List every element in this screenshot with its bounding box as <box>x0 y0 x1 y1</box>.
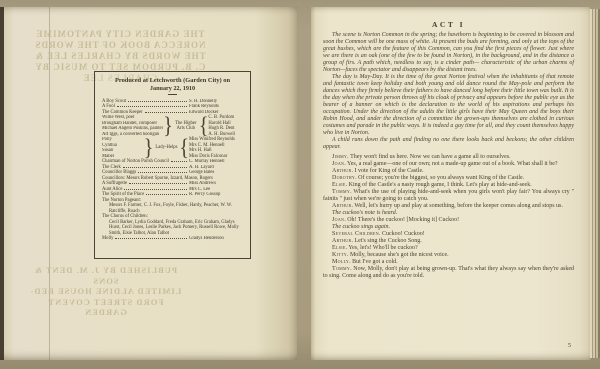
dialogue-line: Arthur. Well, let's hurry up and play at… <box>323 203 574 210</box>
cast-actor: R. Percy Gossop <box>189 192 243 198</box>
dotted-leader <box>145 112 187 113</box>
dialogue-line: Several Children. Cuckoo! Cuckoo! <box>323 231 574 238</box>
page-number: 5 <box>568 343 571 350</box>
show-through-line: LIMITED ALDINE HOUSE BED- <box>28 286 183 297</box>
cast-row: MollyGladys Henderson <box>102 236 243 242</box>
speaker-name: Arthur <box>332 238 351 244</box>
speaker-name: Arthur <box>332 203 351 209</box>
dialogue-line: Joan. Oh! There's the cuckoo! [Mocking i… <box>323 217 574 224</box>
dialogue-line: Dorothy. Of course; you're the biggest, … <box>323 175 574 182</box>
brace-left: { <box>179 137 189 160</box>
dotted-leader <box>138 172 187 173</box>
dotted-leader <box>129 183 187 184</box>
cast-role: Michael Angelo Puskins, painter <box>102 126 163 132</box>
cast-group-roles: PollyCynthiaSusanMabel <box>102 137 144 159</box>
cast-subheading-names: Messrs F. Farmer, C. J. Fox, Foyle, Fish… <box>102 203 243 214</box>
show-through-line: PUBLISHED BY J. M. DENT & SONS <box>28 265 183 286</box>
show-through-line: NORECCA BOOK OF THE WORDS <box>30 40 210 51</box>
scene-description: The scene is Norton Common in the spring… <box>323 32 574 151</box>
dialogue-line: Molly. But I've got a cold. <box>323 259 574 266</box>
cast-group-roles: Willie West, poetBrougham Handel, compos… <box>102 115 163 137</box>
open-book: THE GARDEN CITY PANTOMIMENORECCA BOOK OF… <box>0 7 598 360</box>
speaker-name: Joan <box>332 161 344 167</box>
cast-actor: Miss Winifred Reynolds <box>189 137 243 143</box>
speaker-name: Molly <box>332 259 349 265</box>
dialogue-line: Arthur. Let's sing the Cuckoo Song. <box>323 238 574 245</box>
brace-left: { <box>199 115 209 138</box>
scene-paragraph: The day is May-Day. It is the time of th… <box>323 74 574 137</box>
speaker-name: Joan <box>332 217 344 223</box>
cast-role: The Spirit of the Place <box>102 192 144 198</box>
dialogue-line: Elsie. King of the Castle's a nasty roug… <box>323 182 574 189</box>
show-through-line: FORD STREET COVENT GARDEN <box>28 297 183 318</box>
cast-header-line1: Produced at Letchworth (Garden City) on <box>102 77 243 85</box>
right-page: ACT I The scene is Norton Common in the … <box>311 7 590 360</box>
book-gutter <box>297 7 311 360</box>
dotted-leader <box>171 161 187 162</box>
act-title: ACT I <box>323 21 574 28</box>
speaker-name: Dorothy <box>332 175 355 181</box>
scene-paragraph: A child runs down the path and finding n… <box>323 137 574 151</box>
speaker-name: Jimmy <box>332 154 347 160</box>
cast-role: Molly <box>102 236 113 242</box>
show-through-imprint-text: PUBLISHED BY J. M. DENT & SONSLIMITED AL… <box>28 265 183 318</box>
brace-right: } <box>144 137 154 160</box>
cast-actor: Gladys Henderson <box>189 236 243 242</box>
dialogue-line: Arthur. I vote for King of the Castle. <box>323 168 574 175</box>
dotted-leader <box>124 189 187 190</box>
dotted-leader <box>146 194 187 195</box>
dotted-leader <box>128 101 187 102</box>
speaker-name: Elsie <box>332 245 346 251</box>
dialogue-line: Tommy. Now, Molly, don't play at being g… <box>323 266 574 280</box>
speaker-name: Several Children <box>332 231 379 237</box>
cast-group-actors: C. B. PurdomHarold HallHugh R. DentA. H.… <box>208 115 262 137</box>
dialogue-line: Elsie. Yes, let's! Who'll be cuckoo? <box>323 245 574 252</box>
speaker-name: Elsie <box>332 182 346 188</box>
brace-right: } <box>163 115 173 138</box>
cast-actor: George Bates <box>189 170 243 176</box>
left-page: THE GARDEN CITY PANTOMIMENORECCA BOOK OF… <box>0 7 297 360</box>
cast-group-label: Lady-Helps <box>153 145 179 151</box>
speaker-name: Kitty <box>332 252 347 258</box>
book-spread-photo: THE GARDEN CITY PANTOMIMENORECCA BOOK OF… <box>0 0 600 369</box>
speaker-name: Arthur <box>332 168 351 174</box>
cast-subheading-names: Cecil Barker, Lydia Goddard, Freda Graha… <box>102 220 243 237</box>
cast-group-row: PollyCynthiaSusanMabel}Lady-Helps{Miss W… <box>102 137 243 159</box>
dialogue-line: Kitty. Molly, because she's got the nice… <box>323 252 574 259</box>
cast-list-box: Produced at Letchworth (Garden City) on … <box>94 71 251 259</box>
scene-paragraph: The scene is Norton Common in the spring… <box>323 32 574 74</box>
dialogue-line: Joan. Yes, a real game—one of our own; n… <box>323 161 574 168</box>
cast-group-label: The Higher Arts Club <box>173 121 199 132</box>
show-through-line: THE GARDEN CITY PANTOMIME <box>30 29 210 40</box>
page-stack-edges <box>590 9 600 358</box>
dotted-leader <box>117 106 187 107</box>
cast-group-actors: Miss Winifred ReynoldsMrs C. M. HennellM… <box>189 137 243 159</box>
dialogue-block: Jimmy. They won't find us here. Now we c… <box>323 154 574 280</box>
cast-header-date: January 22, 1910 <box>102 85 243 92</box>
stage-direction: The cuckoo's note is heard. <box>323 210 574 217</box>
cast-list: A Boy ScoutS. H. DonnellyA FoolFrank Rey… <box>102 99 243 242</box>
speaker-name: Tommy <box>332 266 350 272</box>
speaker-name: Tommy <box>332 189 350 195</box>
dotted-leader <box>115 238 187 239</box>
cast-group-row: Willie West, poetBrougham Handel, compos… <box>102 115 243 137</box>
act-text-column: ACT I The scene is Norton Common in the … <box>323 21 574 348</box>
header-rule <box>168 94 177 95</box>
dialogue-line: Jimmy. They won't find us here. Now we c… <box>323 154 574 161</box>
show-through-line: THE WORDS BY CHARLES LEE & <box>30 51 210 62</box>
cast-role: Councillor Blaggs <box>102 170 136 176</box>
dialogue-line: Tommy. What's the use of playing hide-an… <box>323 189 574 203</box>
stage-direction: The cuckoo sings again. <box>323 224 574 231</box>
dotted-leader <box>123 167 187 168</box>
